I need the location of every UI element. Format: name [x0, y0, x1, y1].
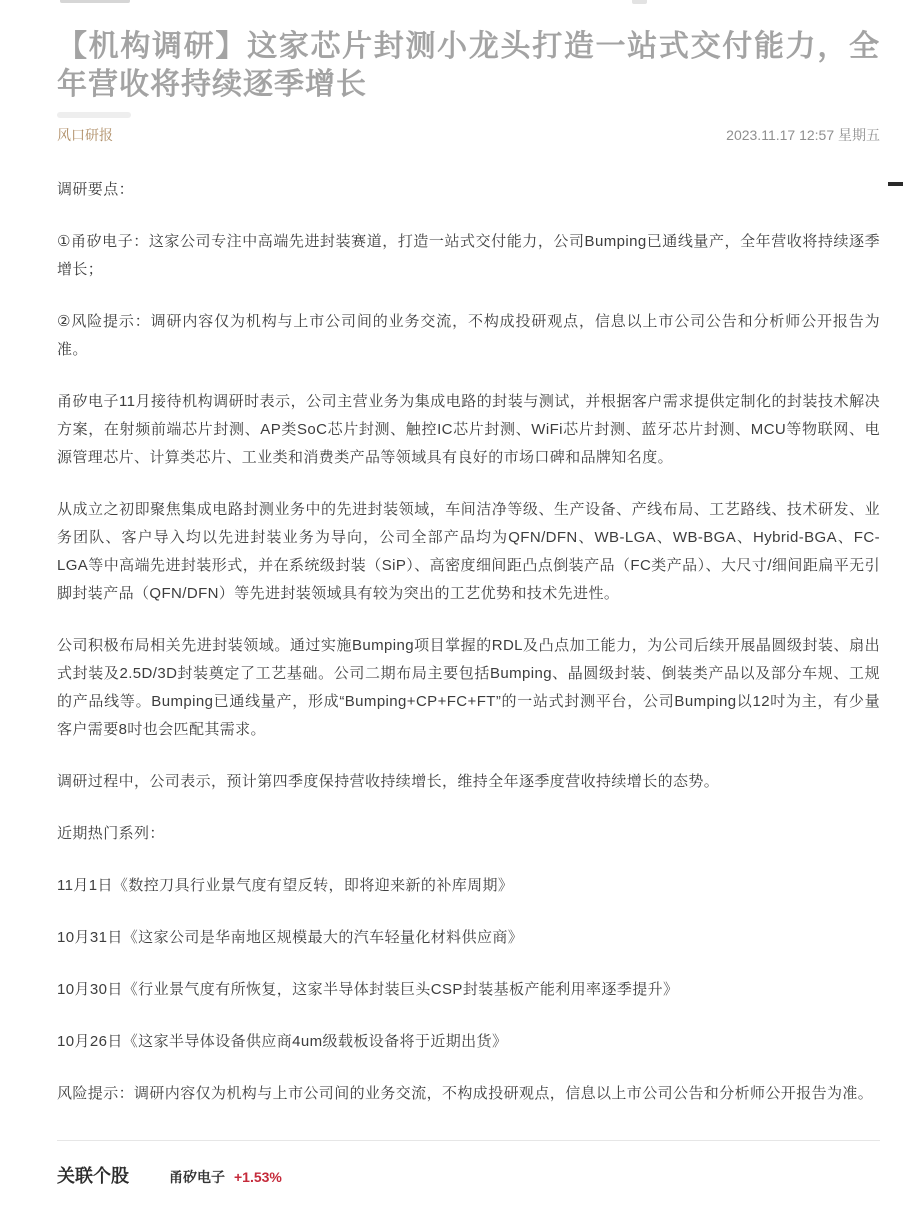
paragraph-point-2: ②风险提示：调研内容仅为机构与上市公司间的业务交流，不构成投研观点，信息以上市公…	[57, 308, 880, 364]
paragraph-hot-series-heading: 近期热门系列：	[57, 820, 880, 848]
stock-change-badge: +1.53%	[234, 1169, 282, 1185]
related-stocks-label: 关联个股	[57, 1162, 129, 1188]
article-content: 【机构调研】这家芯片封测小龙头打造一站式交付能力，全年营收将持续逐季增长 风口研…	[0, 0, 903, 1188]
section-divider	[57, 1140, 880, 1141]
paragraph-risk-disclaimer: 风险提示：调研内容仅为机构与上市公司间的业务交流，不构成投研观点，信息以上市公司…	[57, 1080, 880, 1108]
article-body: 调研要点： ①甬矽电子：这家公司专注中高端先进封装赛道，打造一站式交付能力，公司…	[57, 176, 880, 1108]
hot-series-item-oct26: 10月26日《这家半导体设备供应商4um级载板设备将于近期出货》	[57, 1028, 880, 1056]
article-meta: 风口研报 2023.11.17 12:57 星期五	[57, 125, 880, 145]
hot-series-item-nov1: 11月1日《数控刀具行业景气度有望反转，即将迎来新的补库周期》	[57, 872, 880, 900]
publish-datetime: 2023.11.17 12:57 星期五	[726, 125, 880, 145]
page-title: 【机构调研】这家芯片封测小龙头打造一站式交付能力，全年营收将持续逐季增长	[57, 28, 880, 104]
related-stock-item[interactable]: 甬矽电子 +1.53%	[169, 1167, 282, 1187]
article-page: 【机构调研】这家芯片封测小龙头打造一站式交付能力，全年营收将持续逐季增长 风口研…	[0, 0, 903, 1213]
paragraph-bumping-layout: 公司积极布局相关先进封装领域。通过实施Bumping项目掌握的RDL及凸点加工能…	[57, 632, 880, 744]
paragraph-business-overview: 甬矽电子11月接待机构调研时表示，公司主营业务为集成电路的封装与测试，并根据客户…	[57, 388, 880, 472]
hot-series-item-oct31: 10月31日《这家公司是华南地区规模最大的汽车轻量化材料供应商》	[57, 924, 880, 952]
paragraph-point-1: ①甬矽电子：这家公司专注中高端先进封装赛道，打造一站式交付能力，公司Bumpin…	[57, 228, 880, 284]
paragraph-summary-heading: 调研要点：	[57, 176, 880, 204]
stock-name[interactable]: 甬矽电子	[169, 1167, 225, 1187]
paragraph-q4-outlook: 调研过程中，公司表示，预计第四季度保持营收持续增长，维持全年逐季度营收持续增长的…	[57, 768, 880, 796]
source-tag[interactable]: 风口研报	[57, 125, 113, 145]
paragraph-advanced-packaging: 从成立之初即聚焦集成电路封测业务中的先进封装领域，车间洁净等级、生产设备、产线布…	[57, 496, 880, 608]
related-stocks-section: 关联个股 甬矽电子 +1.53%	[57, 1162, 880, 1188]
hot-series-item-oct30: 10月30日《行业景气度有所恢复，这家半导体封装巨头CSP封装基板产能利用率逐季…	[57, 976, 880, 1004]
